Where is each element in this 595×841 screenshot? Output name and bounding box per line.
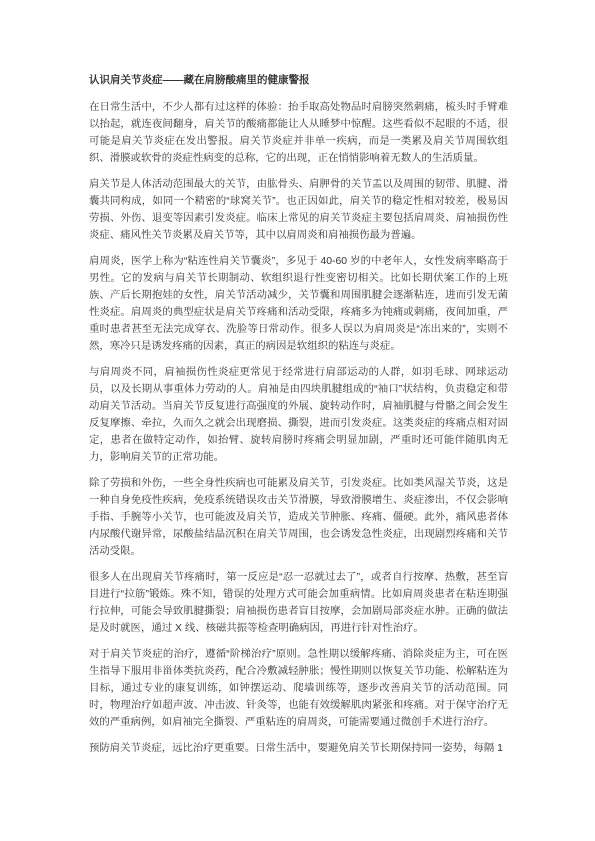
paragraph-treatment: 对于肩关节炎症的治疗，遵循“阶梯治疗”原则。急性期以缓解疼痛、消除炎症为主，可在… [89, 646, 508, 731]
document-body: 在日常生活中，不少人都有过这样的体验：抬手取高处物品时肩膀突然刺痛，梳头时手臂难… [89, 99, 508, 757]
paragraph-rotator-cuff: 与肩周炎不同，肩袖损伤性炎症更常见于经常进行肩部运动的人群，如羽毛球、网球运动员… [89, 364, 508, 466]
paragraph-frozen-shoulder: 肩周炎，医学上称为“粘连性肩关节囊炎”，多见于 40-60 岁的中老年人，女性发… [89, 253, 508, 355]
paragraph-wrong-selfcare: 很多人在出现肩关节疼痛时，第一反应是“忍一忍就过去了”，或者自行按摩、热敷，甚至… [89, 569, 508, 637]
document-page: 认识肩关节炎症——藏在肩膀酸痛里的健康警报 在日常生活中，不少人都有过这样的体验… [0, 0, 595, 841]
paragraph-intro: 在日常生活中，不少人都有过这样的体验：抬手取高处物品时肩膀突然刺痛，梳头时手臂难… [89, 99, 508, 167]
document-title: 认识肩关节炎症——藏在肩膀酸痛里的健康警报 [89, 72, 508, 89]
paragraph-prevention-truncated: 预防肩关节炎症，远比治疗更重要。日常生活中，要避免肩关节长期保持同一姿势，每隔 … [89, 740, 508, 757]
paragraph-systemic-disease: 除了劳损和外伤，一些全身性疾病也可能累及肩关节，引发炎症。比如类风湿关节炎，这是… [89, 475, 508, 560]
paragraph-shoulder-anatomy: 肩关节是人体活动范围最大的关节，由肱骨头、肩胛骨的关节盂以及周围的韧带、肌腱、滑… [89, 176, 508, 244]
document-content: 认识肩关节炎症——藏在肩膀酸痛里的健康警报 在日常生活中，不少人都有过这样的体验… [89, 72, 508, 757]
